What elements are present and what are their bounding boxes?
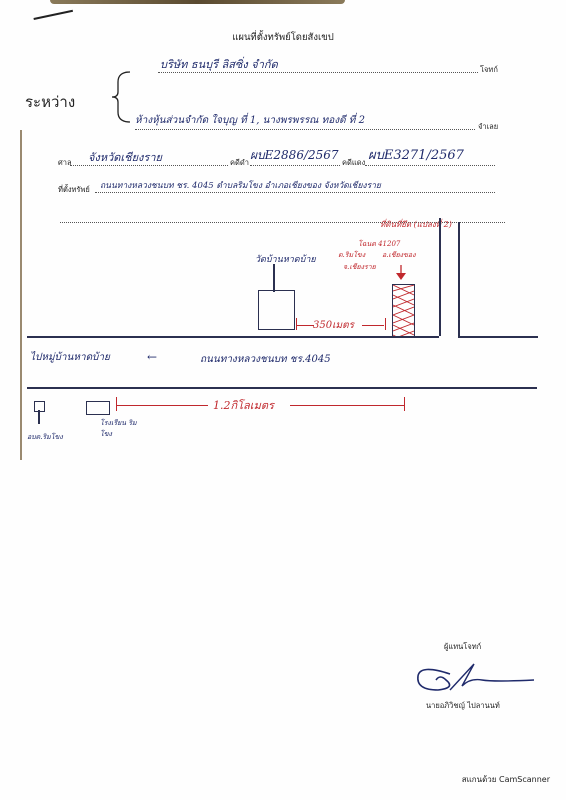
document-title: แผนที่ตั้งทรัพย์โดยสังเขป xyxy=(0,30,566,45)
distance-line-left xyxy=(296,325,314,326)
red-case-value: ผบE3271/2567 xyxy=(368,144,464,165)
landmark-1-label: อบต.ริมโขง xyxy=(27,432,63,443)
black-case-label: คดีดำ xyxy=(230,157,249,169)
plaintiff-label: โจทก์ xyxy=(480,64,498,76)
road-name-label: ถนนทางหลวงชนบท ชร.4045 xyxy=(200,352,331,367)
scan-edge-artifact xyxy=(50,0,345,4)
target-plot-label: ที่ดินที่ยึด (แปลงที่ 2) xyxy=(380,218,452,231)
signer-name: นายอภิวิชญ์ ไปลานนท์ xyxy=(426,700,500,712)
target-plot xyxy=(392,284,415,338)
defendant-label: จำเลย xyxy=(478,121,498,133)
province-label: จ.เชียงราย xyxy=(343,262,376,273)
scanner-watermark: สแกนด้วย CamScanner xyxy=(462,773,550,786)
corner-smudge xyxy=(31,0,73,20)
deed-number: โฉนด 41207 xyxy=(358,239,400,250)
temple-pointer-line xyxy=(273,264,275,292)
distance-tick-left xyxy=(296,318,297,330)
property-location-label: ที่ตั้งทรัพย์ xyxy=(58,184,90,196)
landmark-2-building xyxy=(86,401,110,415)
property-location-underline xyxy=(95,192,495,193)
temple-label: วัดบ้านหาดบ้าย xyxy=(255,252,316,266)
scanned-document-page: แผนที่ตั้งทรัพย์โดยสังเขป ระหว่าง บริษัท… xyxy=(0,0,566,800)
km-distance-tick-left xyxy=(116,397,117,411)
distance-to-landmarks: 1.2กิโลเมตร xyxy=(213,396,274,414)
main-road-bottom-edge xyxy=(27,387,537,389)
signature-scribble xyxy=(410,660,540,696)
defendant-underline xyxy=(135,129,475,130)
main-road-top-edge xyxy=(27,336,439,338)
black-case-underline xyxy=(250,165,340,166)
distance-tick-right xyxy=(385,318,386,330)
side-road-left-edge xyxy=(439,218,441,336)
brace-icon xyxy=(112,72,132,122)
plaintiff-value: บริษัท ธนบุรี ลิสซิ่ง จำกัด xyxy=(160,55,278,73)
temple-building xyxy=(258,290,295,330)
court-value: จังหวัดเชียงราย xyxy=(88,148,162,166)
left-page-edge xyxy=(20,130,22,460)
red-case-underline xyxy=(365,165,495,166)
km-distance-line-right xyxy=(290,405,404,406)
court-label: ศาล xyxy=(58,157,72,169)
property-location-value: ถนนทางหลวงชนบท ชร. 4045 ตำบลริมโขง อำเภอ… xyxy=(100,178,381,192)
direction-arrow-icon: ← xyxy=(147,350,157,364)
defendant-value: ห้างหุ้นส่วนจำกัด ใจบุญ ที่ 1, นางพรพรรณ… xyxy=(135,113,365,128)
red-case-label: คดีแดง xyxy=(342,157,365,169)
district-label: อ.เชียงของ xyxy=(382,250,416,261)
landmark-1-marker xyxy=(34,401,45,412)
plaintiff-underline xyxy=(158,72,478,73)
road-direction-label: ไปหมู่บ้านหาดบ้าย xyxy=(30,350,110,365)
km-distance-line-left xyxy=(116,405,208,406)
between-label: ระหว่าง xyxy=(25,90,75,114)
subdistrict-label: ต.ริมโขง xyxy=(338,250,365,261)
arrow-down-icon xyxy=(396,265,406,281)
main-road-top-edge-right xyxy=(458,336,538,338)
km-distance-tick-right xyxy=(404,397,405,411)
landmark-2-label: โรงเรียน ริมโขง xyxy=(100,418,140,440)
landmark-1-pole xyxy=(38,410,40,424)
black-case-value: ผบE2886/2567 xyxy=(250,146,339,165)
side-road-right-edge xyxy=(458,222,460,336)
distance-to-temple: 350เมตร xyxy=(313,318,354,333)
distance-line-right xyxy=(362,325,384,326)
signature-role-label: ผู้แทนโจทก์ xyxy=(444,641,481,653)
